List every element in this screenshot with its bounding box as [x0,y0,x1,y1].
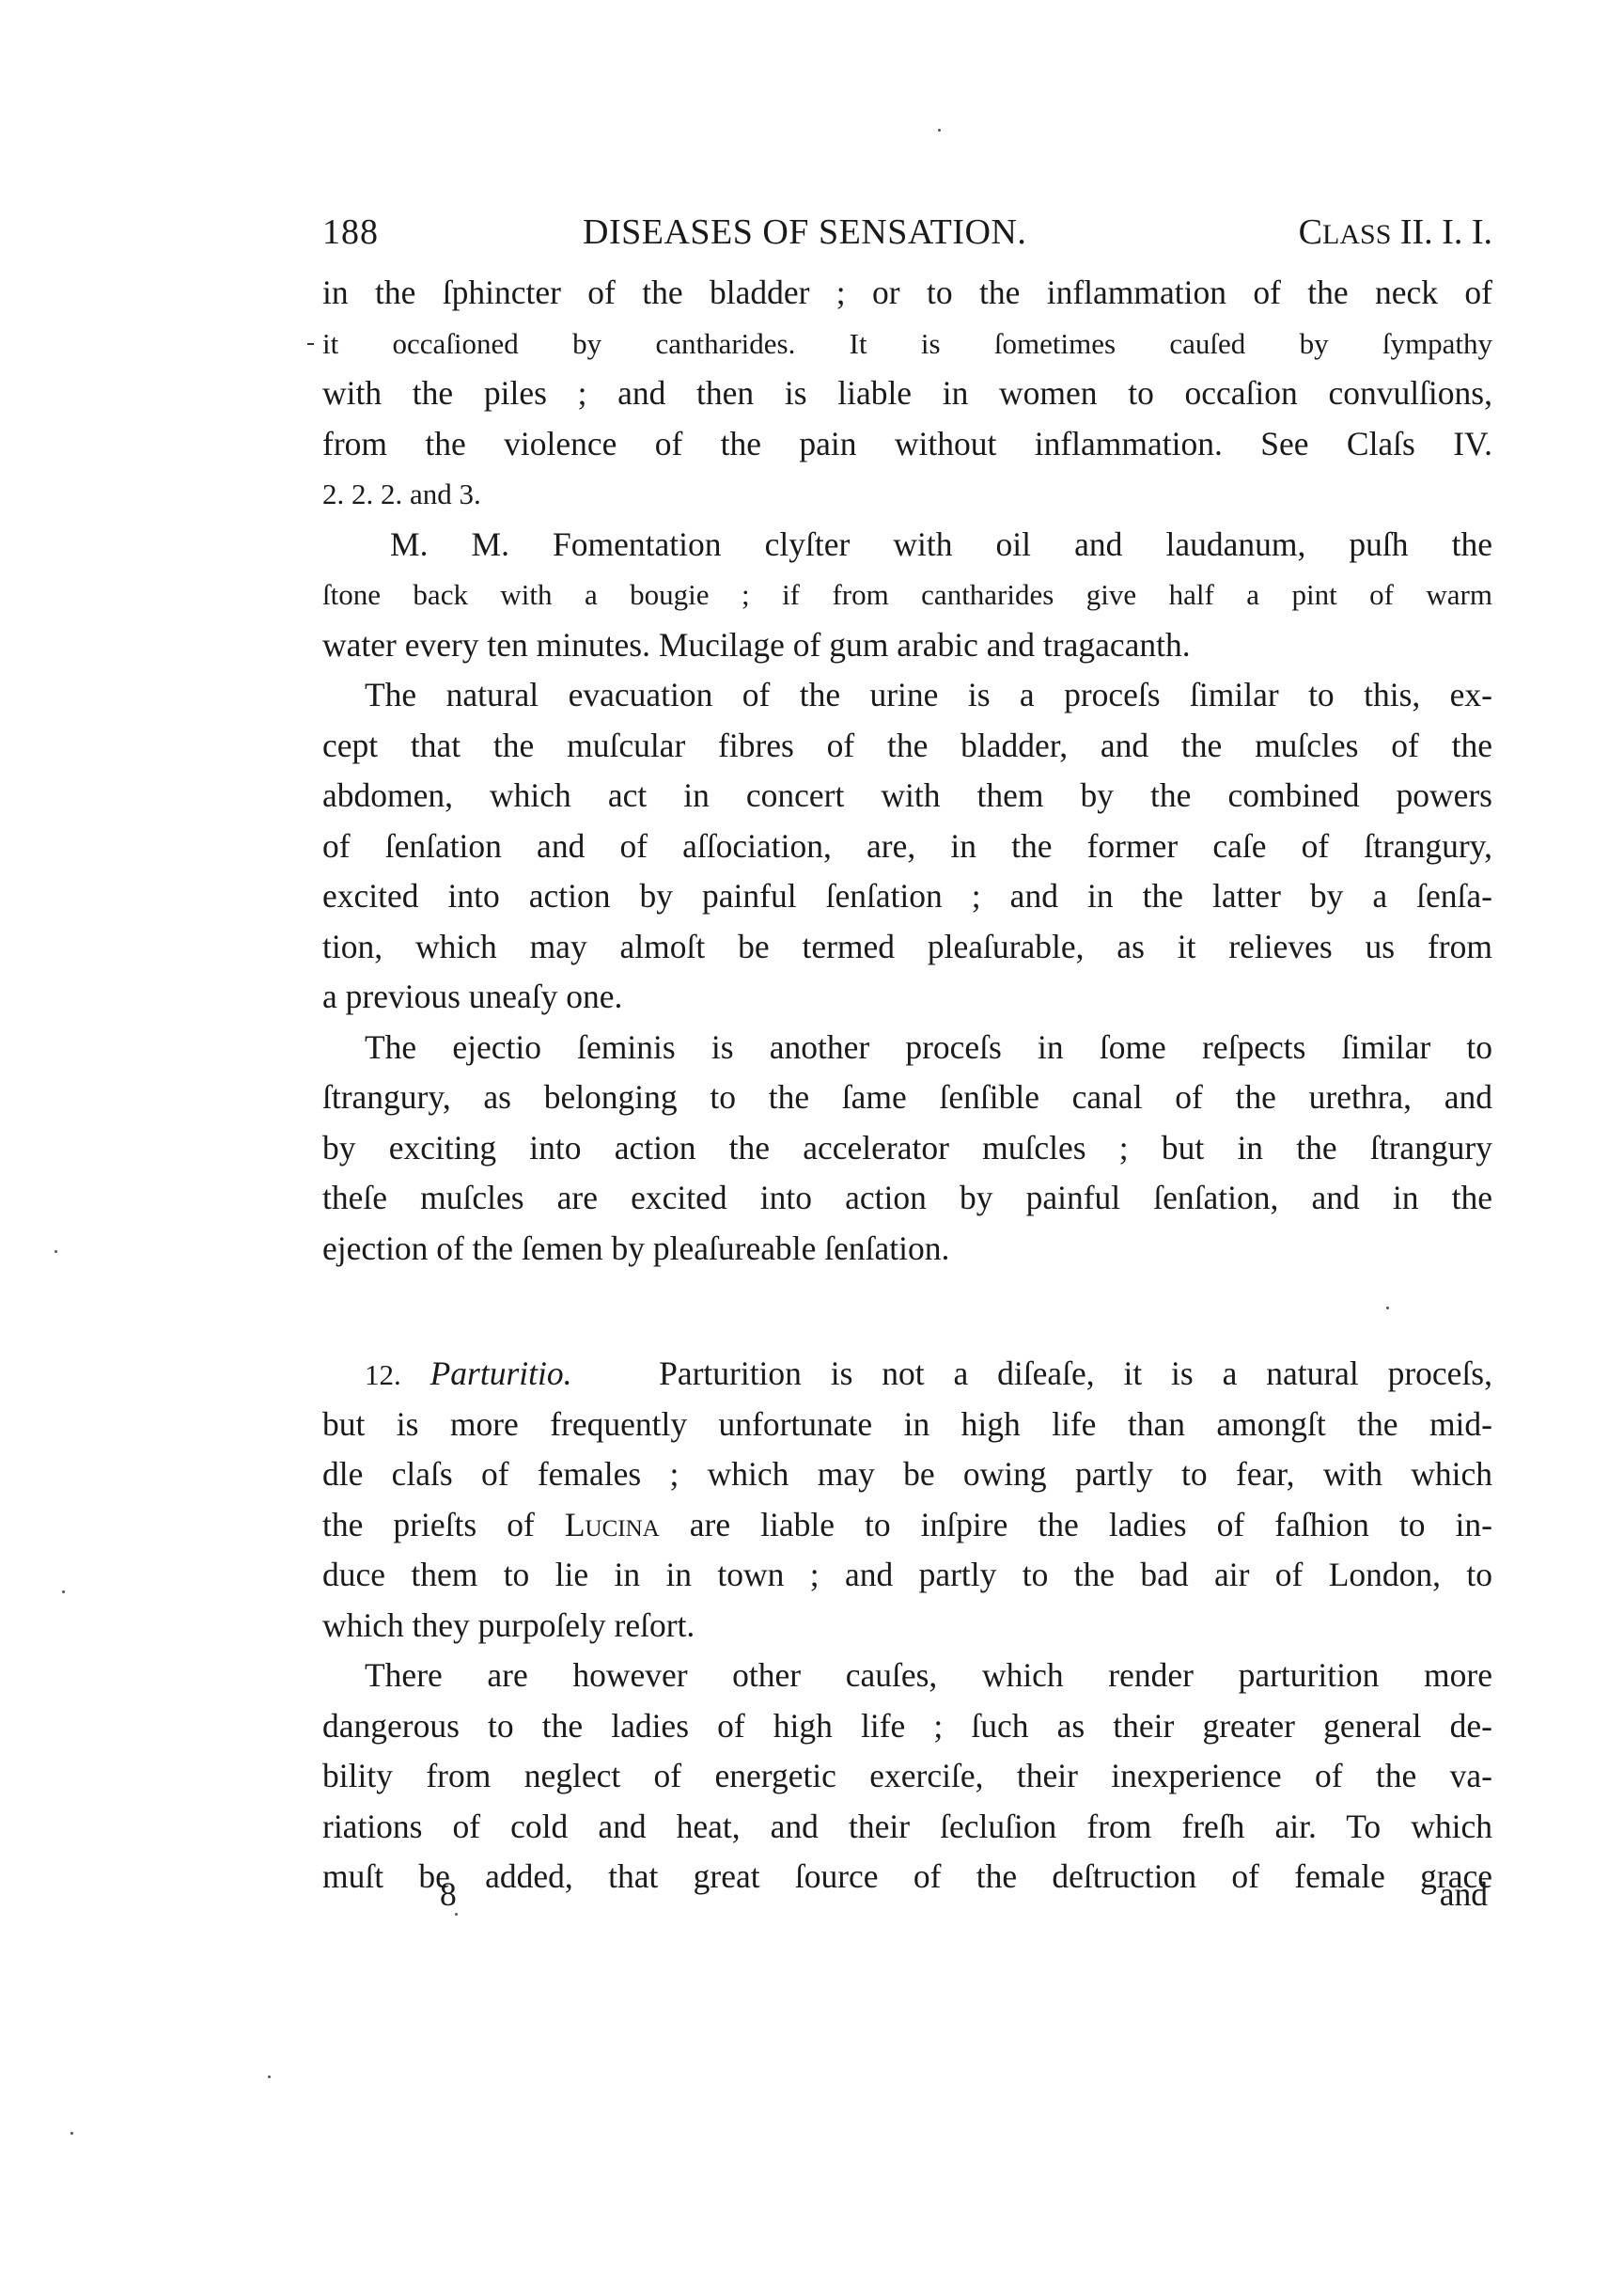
signature-mark: 8 [440,1871,457,1918]
text-line: theſe muſcles are excited into action by… [322,1173,1492,1224]
scan-speck [70,2132,73,2135]
paragraph: There are however other cauſes, which re… [322,1651,1492,1902]
class-reference: CLASS II. I. I. [1299,209,1492,258]
text-line: riations of cold and heat, and their ſec… [322,1802,1492,1853]
paragraph-mm: M. M. Fomentation clyſter with oil and l… [322,520,1492,671]
scan-speck [268,2075,271,2078]
name-lucina: Lucina [565,1506,660,1543]
section-gap [322,1274,1492,1349]
text-line: but is more frequently unfortunate in hi… [322,1400,1492,1450]
text-line: abdomen, which act in concert with them … [322,771,1492,822]
section-parturitio: 12. Parturitio. Parturition is not a diſ… [322,1349,1492,1651]
text-line: cept that the muſcular fibres of the bla… [322,721,1492,772]
text-line: which they purpoſely reſort. [322,1601,1492,1652]
scan-speck [1386,1307,1389,1309]
text-line: bility from neglect of energetic exerciſ… [322,1751,1492,1802]
text-line: water every ten minutes. Mucilage of gum… [322,620,1492,671]
text-line: duce them to lie in in town ; and partly… [322,1550,1492,1601]
paragraph: The ejectio ſeminis is another proceſs i… [322,1023,1492,1275]
text-line: of ſenſation and of aſſociation, are, in… [322,822,1492,872]
page-number: 188 [322,209,379,256]
text-line: dle claſs of females ; which may be owin… [322,1449,1492,1500]
paragraph: in the ſphincter of the bladder ; or to … [322,268,1492,520]
margin-dash-mark [307,343,314,345]
text-line: the prieſts of Lucina are liable to inſp… [322,1500,1492,1551]
text-line: M. M. Fomentation clyſter with oil and l… [322,520,1492,571]
paragraph: The natural evacuation of the urine is a… [322,670,1492,1023]
section-title: Parturitio. [430,1354,572,1392]
text-line: ſtrangury, as belonging to the ſame ſenſ… [322,1073,1492,1123]
running-title: DISEASES OF SENSATION. [583,209,1026,256]
catchword: and [1440,1871,1488,1918]
text-line: from the violence of the pain without in… [322,419,1492,470]
text-line: dangerous to the ladies of high life ; ſ… [322,1701,1492,1752]
text-line: 12. Parturitio. Parturition is not a diſ… [322,1349,1492,1400]
section-number: 12. [365,1358,401,1391]
text-line: There are however other cauſes, which re… [322,1651,1492,1701]
scan-speck [55,1250,57,1253]
scan-speck [455,1913,458,1916]
text-line: tion, which may almoſt be termed pleaſur… [322,922,1492,973]
text-line: ſtone back with a bougie ; if from canth… [322,570,1492,620]
text-line: by exciting into action the accelerator … [322,1123,1492,1174]
text-line: The ejectio ſeminis is another proceſs i… [322,1023,1492,1073]
body-text: in the ſphincter of the bladder ; or to … [322,268,1492,1902]
text-line: in the ſphincter of the bladder ; or to … [322,268,1492,319]
text-line: excited into action by painful ſenſation… [322,871,1492,922]
scan-speck [62,1590,65,1593]
text-line: with the piles ; and then is liable in w… [322,368,1492,419]
text-line: 2. 2. 2. and 3. [322,469,1492,520]
text-line: The natural evacuation of the urine is a… [322,670,1492,721]
scan-speck [938,129,941,132]
catchline: 8 and [322,1871,1492,1918]
running-head: 188 DISEASES OF SENSATION. CLASS II. I. … [322,209,1492,256]
text-line: ejection of the ſemen by pleaſureable ſe… [322,1224,1492,1275]
text-line: a previous uneaſy one. [322,972,1492,1023]
text-line: it occaſioned by cantharides. It is ſome… [322,319,1492,369]
